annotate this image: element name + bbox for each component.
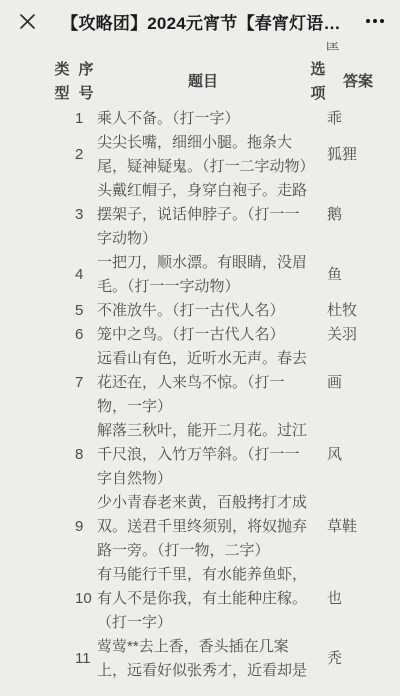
clipped-answer-fragment: 筐	[325, 42, 340, 53]
table-body: 1 乘人不备。（打一字） 乖 2 尖尖长嘴，细细小腿。拖条大尾，疑神疑鬼。（打一…	[0, 107, 400, 683]
row-type	[49, 491, 75, 563]
row-answer: 也	[327, 563, 389, 635]
row-answer: 画	[327, 347, 389, 419]
header-type: 类型	[49, 58, 75, 106]
row-question: 乘人不备。（打一字）	[97, 107, 309, 131]
row-number: 9	[75, 491, 97, 563]
row-options	[309, 491, 327, 563]
table-row: 7 远看山有色，近听水无声。春去花还在，人来鸟不惊。（打一物，一字） 画	[0, 347, 400, 419]
header-options: 选项	[309, 58, 327, 106]
row-number: 11	[75, 635, 97, 683]
more-dots-icon	[366, 19, 384, 23]
row-type	[49, 635, 75, 683]
row-type	[49, 251, 75, 299]
row-type	[49, 323, 75, 347]
row-options	[309, 251, 327, 299]
table-row: 3 头戴红帽子，身穿白袍子。走路摆架子，说话伸脖子。（打一一字动物） 鹅	[0, 179, 400, 251]
table-row: 1 乘人不备。（打一字） 乖	[0, 107, 400, 131]
table-header-row: 类型 序号 题目 选项 答案	[0, 57, 400, 107]
row-question: 笼中之鸟。（打一古代人名）	[97, 323, 309, 347]
row-number: 7	[75, 347, 97, 419]
row-question: 解落三秋叶，能开二月花。过江千尺浪，入竹万竿斜。（打一一字自然物）	[97, 419, 309, 491]
table-row: 9 少小青春老来黄，百般拷打才成双。送君千里终须别，将奴抛弃路一旁。（打一物，二…	[0, 491, 400, 563]
row-answer: 草鞋	[327, 491, 389, 563]
row-type	[49, 419, 75, 491]
row-question: 一把刀，顺水漂。有眼睛，没眉毛。（打一一字动物）	[97, 251, 309, 299]
table-row: 6 笼中之鸟。（打一古代人名） 关羽	[0, 323, 400, 347]
row-type	[49, 131, 75, 179]
close-icon	[19, 13, 36, 30]
row-type	[49, 107, 75, 131]
header-question: 题目	[97, 70, 309, 94]
row-type	[49, 347, 75, 419]
row-options	[309, 131, 327, 179]
row-number: 2	[75, 131, 97, 179]
more-button[interactable]	[362, 8, 388, 34]
row-options	[309, 419, 327, 491]
row-question: 头戴红帽子，身穿白袍子。走路摆架子，说话伸脖子。（打一一字动物）	[97, 179, 309, 251]
row-options	[309, 179, 327, 251]
close-button[interactable]	[14, 8, 40, 34]
row-number: 5	[75, 299, 97, 323]
header-number: 序号	[75, 58, 97, 106]
row-question: 不准放牛。（打一古代人名）	[97, 299, 309, 323]
row-type	[49, 299, 75, 323]
row-type	[49, 179, 75, 251]
row-answer: 秃	[327, 635, 389, 683]
row-options	[309, 299, 327, 323]
row-options	[309, 635, 327, 683]
row-question: 远看山有色，近听水无声。春去花还在，人来鸟不惊。（打一物，一字）	[97, 347, 309, 419]
row-options	[309, 347, 327, 419]
row-options	[309, 563, 327, 635]
row-answer: 狐狸	[327, 131, 389, 179]
header-answer: 答案	[327, 70, 389, 94]
table-row: 10 有马能行千里，有水能养鱼虾，有人不是你我，有土能种庄稼。（打一字） 也	[0, 563, 400, 635]
row-options	[309, 107, 327, 131]
table-row: 11 莺莺**去上香，香头插在几案上，远看好似张秀才，近看却是 秃	[0, 635, 400, 683]
row-question: 尖尖长嘴，细细小腿。拖条大尾，疑神疑鬼。（打一二字动物）	[97, 131, 309, 179]
row-number: 8	[75, 419, 97, 491]
table-row: 4 一把刀，顺水漂。有眼睛，没眉毛。（打一一字动物） 鱼	[0, 251, 400, 299]
clipped-row-above: 筐	[0, 42, 400, 57]
row-question: 有马能行千里，有水能养鱼虾，有人不是你我，有土能种庄稼。（打一字）	[97, 563, 309, 635]
row-question: 少小青春老来黄，百般拷打才成双。送君千里终须别，将奴抛弃路一旁。（打一物，二字）	[97, 491, 309, 563]
row-number: 10	[75, 563, 97, 635]
row-number: 6	[75, 323, 97, 347]
row-number: 3	[75, 179, 97, 251]
row-answer: 风	[327, 419, 389, 491]
row-answer: 关羽	[327, 323, 389, 347]
row-options	[309, 323, 327, 347]
row-answer: 乖	[327, 107, 389, 131]
row-answer: 鹅	[327, 179, 389, 251]
table-row: 2 尖尖长嘴，细细小腿。拖条大尾，疑神疑鬼。（打一二字动物） 狐狸	[0, 131, 400, 179]
row-type	[49, 563, 75, 635]
row-answer: 杜牧	[327, 299, 389, 323]
row-number: 1	[75, 107, 97, 131]
page-title: 【攻略团】2024元宵节【春宵灯语…	[40, 9, 362, 34]
table-row: 8 解落三秋叶，能开二月花。过江千尺浪，入竹万竿斜。（打一一字自然物） 风	[0, 419, 400, 491]
row-answer: 鱼	[327, 251, 389, 299]
navbar: 【攻略团】2024元宵节【春宵灯语…	[0, 0, 400, 42]
table-row: 5 不准放牛。（打一古代人名） 杜牧	[0, 299, 400, 323]
row-number: 4	[75, 251, 97, 299]
riddle-table: 类型 序号 题目 选项 答案 1 乘人不备。（打一字） 乖 2 尖尖长嘴，细细小…	[0, 57, 400, 683]
row-question: 莺莺**去上香，香头插在几案上，远看好似张秀才，近看却是	[97, 635, 309, 683]
